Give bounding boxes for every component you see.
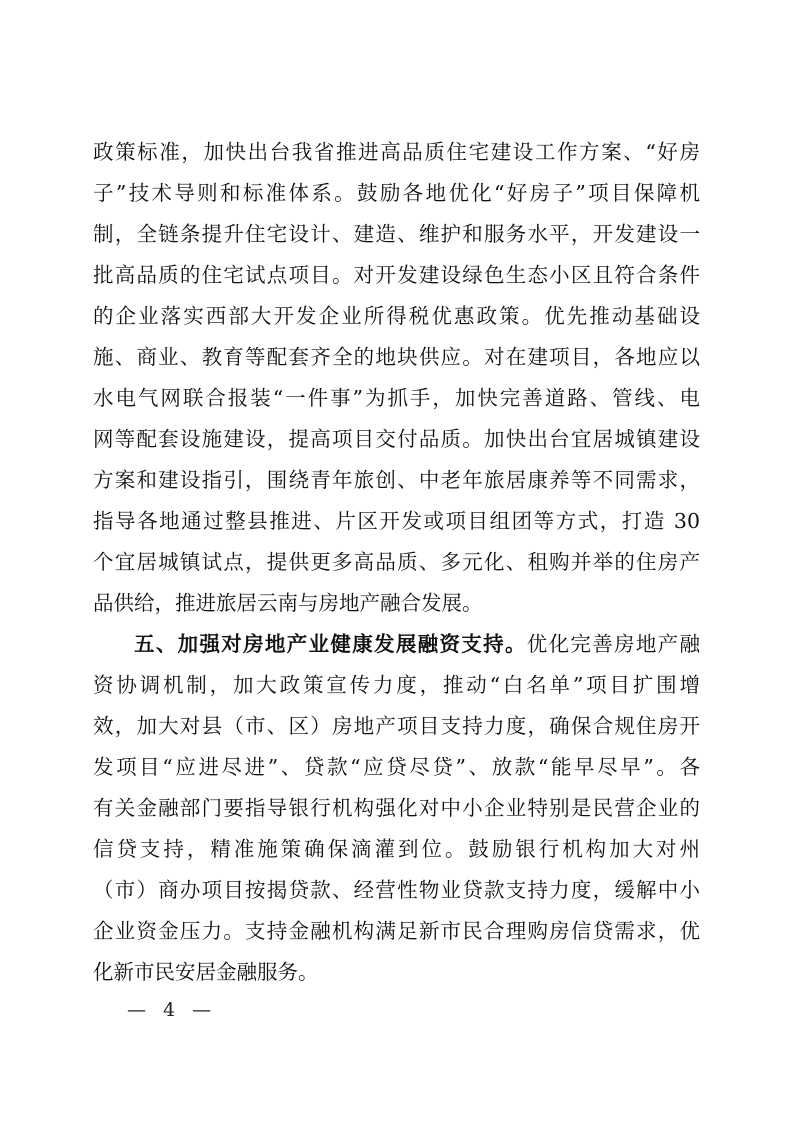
body-text-line: 制，全链条提升住宅设计、建造、维护和服务水平，开发建设一 [93, 214, 700, 255]
body-text-line: 方案和建设指引，围绕青年旅创、中老年旅居康养等不同需求， [93, 460, 700, 501]
body-text-line: 批高品质的住宅试点项目。对开发建设绿色生态小区且符合条件 [93, 255, 700, 296]
section-heading-text: 五、加强对房地产业健康发展融资支持。 [134, 632, 527, 656]
body-text-line: 有关金融部门要指导银行机构强化对中小企业特别是民营企业的 [93, 788, 700, 829]
body-text-line: 化新市民安居金融服务。 [93, 952, 700, 993]
document-body: 政策标准，加快出台我省推进高品质住宅建设工作方案、“好房子”技术导则和标准体系。… [93, 132, 700, 993]
body-text-line: 的企业落实西部大开发企业所得税优惠政策。优先推动基础设 [93, 296, 700, 337]
body-text-line: 施、商业、教育等配套齐全的地块供应。对在建项目，各地应以 [93, 337, 700, 378]
document-page: 政策标准，加快出台我省推进高品质住宅建设工作方案、“好房子”技术导则和标准体系。… [0, 0, 793, 1122]
body-text-line: 品供给，推进旅居云南与房地产融合发展。 [93, 583, 700, 624]
body-text-line: 五、加强对房地产业健康发展融资支持。优化完善房地产融 [93, 624, 700, 665]
body-text-line: 企业资金压力。支持金融机构满足新市民合理购房信贷需求，优 [93, 911, 700, 952]
body-text-line: 政策标准，加快出台我省推进高品质住宅建设工作方案、“好房 [93, 132, 700, 173]
body-text-line: 水电气网联合报装“一件事”为抓手，加快完善道路、管线、电 [93, 378, 700, 419]
body-text-line: 个宜居城镇试点，提供更多高品质、多元化、租购并举的住房产 [93, 542, 700, 583]
body-text-line: 信贷支持，精准施策确保滴灌到位。鼓励银行机构加大对州 [93, 829, 700, 870]
page-number: — 4 — [127, 997, 212, 1023]
body-text-line: 效，加大对县（市、区）房地产项目支持力度，确保合规住房开 [93, 706, 700, 747]
body-text-line: 资协调机制，加大政策宣传力度，推动“白名单”项目扩围增 [93, 665, 700, 706]
body-text-line: （市）商办项目按揭贷款、经营性物业贷款支持力度，缓解中小 [93, 870, 700, 911]
body-text-line: 子”技术导则和标准体系。鼓励各地优化“好房子”项目保障机 [93, 173, 700, 214]
body-text-line: 发项目“应进尽进”、贷款“应贷尽贷”、放款“能早尽早”。各 [93, 747, 700, 788]
body-text-line: 网等配套设施建设，提高项目交付品质。加快出台宜居城镇建设 [93, 419, 700, 460]
body-text-line: 指导各地通过整县推进、片区开发或项目组团等方式，打造 30 [93, 501, 700, 542]
